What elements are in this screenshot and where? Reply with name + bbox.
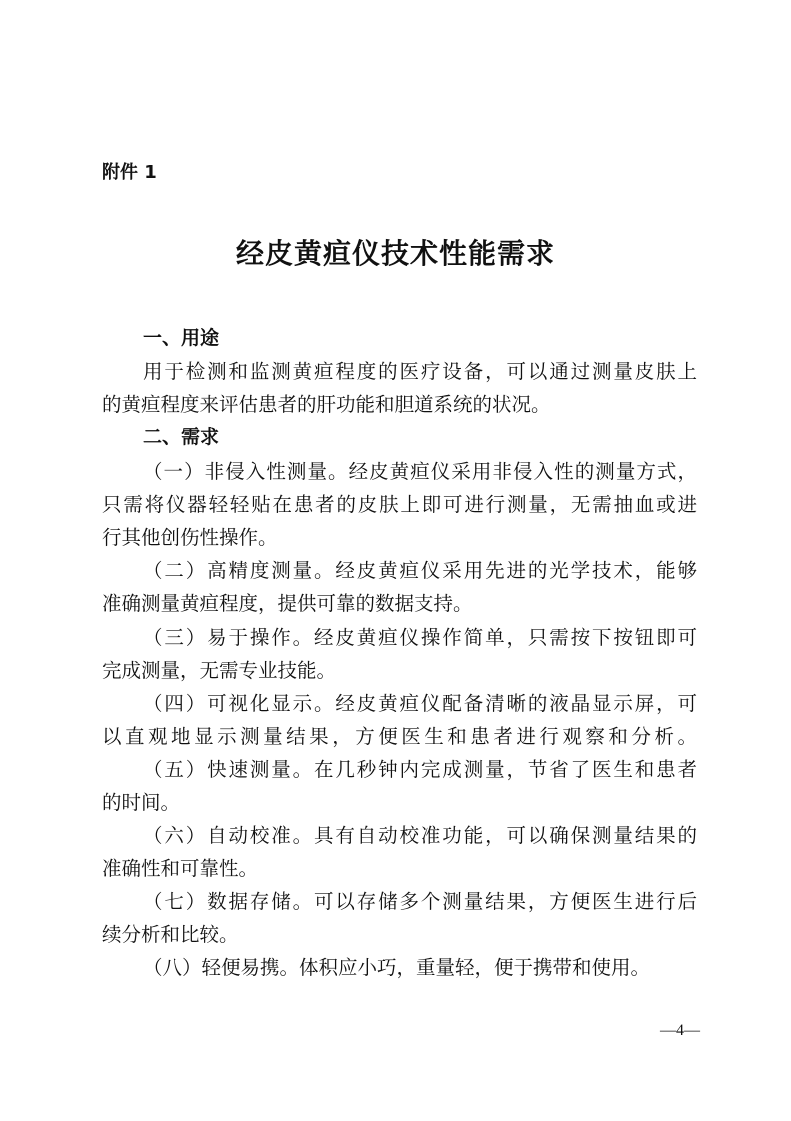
requirement-item-3: （三）易于操作。经皮黄疸仪操作简单，只需按下按钮即可 xyxy=(143,622,697,650)
paragraph-line: 续分析和比较。 xyxy=(102,919,697,947)
requirement-item-7: （七）数据存储。可以存储多个测量结果，方便医生进行后 xyxy=(143,886,697,914)
paragraph-line: 的黄疸程度来评估患者的肝功能和胆道系统的状况。 xyxy=(102,389,697,417)
paragraph-line: 以直观地显示测量结果，方便医生和患者进行观察和分析。 xyxy=(102,721,697,749)
section-heading-requirements: 二、需求 xyxy=(143,422,219,449)
requirement-item-4: （四）可视化显示。经皮黄疸仪配备清晰的液晶显示屏，可 xyxy=(143,688,697,716)
requirement-item-6: （六）自动校准。具有自动校准功能，可以确保测量结果的 xyxy=(143,820,697,848)
paragraph-line: 只需将仪器轻轻贴在患者的皮肤上即可进行测量，无需抽血或进 xyxy=(102,489,697,517)
attachment-label: 附件 1 xyxy=(102,158,157,184)
paragraph-line: 用于检测和监测黄疸程度的医疗设备，可以通过测量皮肤上 xyxy=(143,356,697,384)
requirement-item-5: （五）快速测量。在几秒钟内完成测量，节省了医生和患者 xyxy=(143,754,697,782)
section-heading-purpose: 一、用途 xyxy=(143,323,219,350)
requirement-item-2: （二）高精度测量。经皮黄疸仪采用先进的光学技术，能够 xyxy=(143,555,697,583)
paragraph-line: 准确测量黄疸程度，提供可靠的数据支持。 xyxy=(102,588,697,616)
paragraph-line: 行其他创伤性操作。 xyxy=(102,522,697,550)
paragraph-line: 完成测量，无需专业技能。 xyxy=(102,655,697,683)
document-title: 经皮黄疸仪技术性能需求 xyxy=(0,232,791,272)
paragraph-line: 的时间。 xyxy=(102,787,697,815)
requirement-item-8: （八）轻便易携。体积应小巧，重量轻，便于携带和使用。 xyxy=(143,952,697,980)
page-number: —4— xyxy=(660,1022,700,1040)
paragraph-line: 准确性和可靠性。 xyxy=(102,853,697,881)
requirement-item-1: （一）非侵入性测量。经皮黄疸仪采用非侵入性的测量方式， xyxy=(143,456,697,484)
